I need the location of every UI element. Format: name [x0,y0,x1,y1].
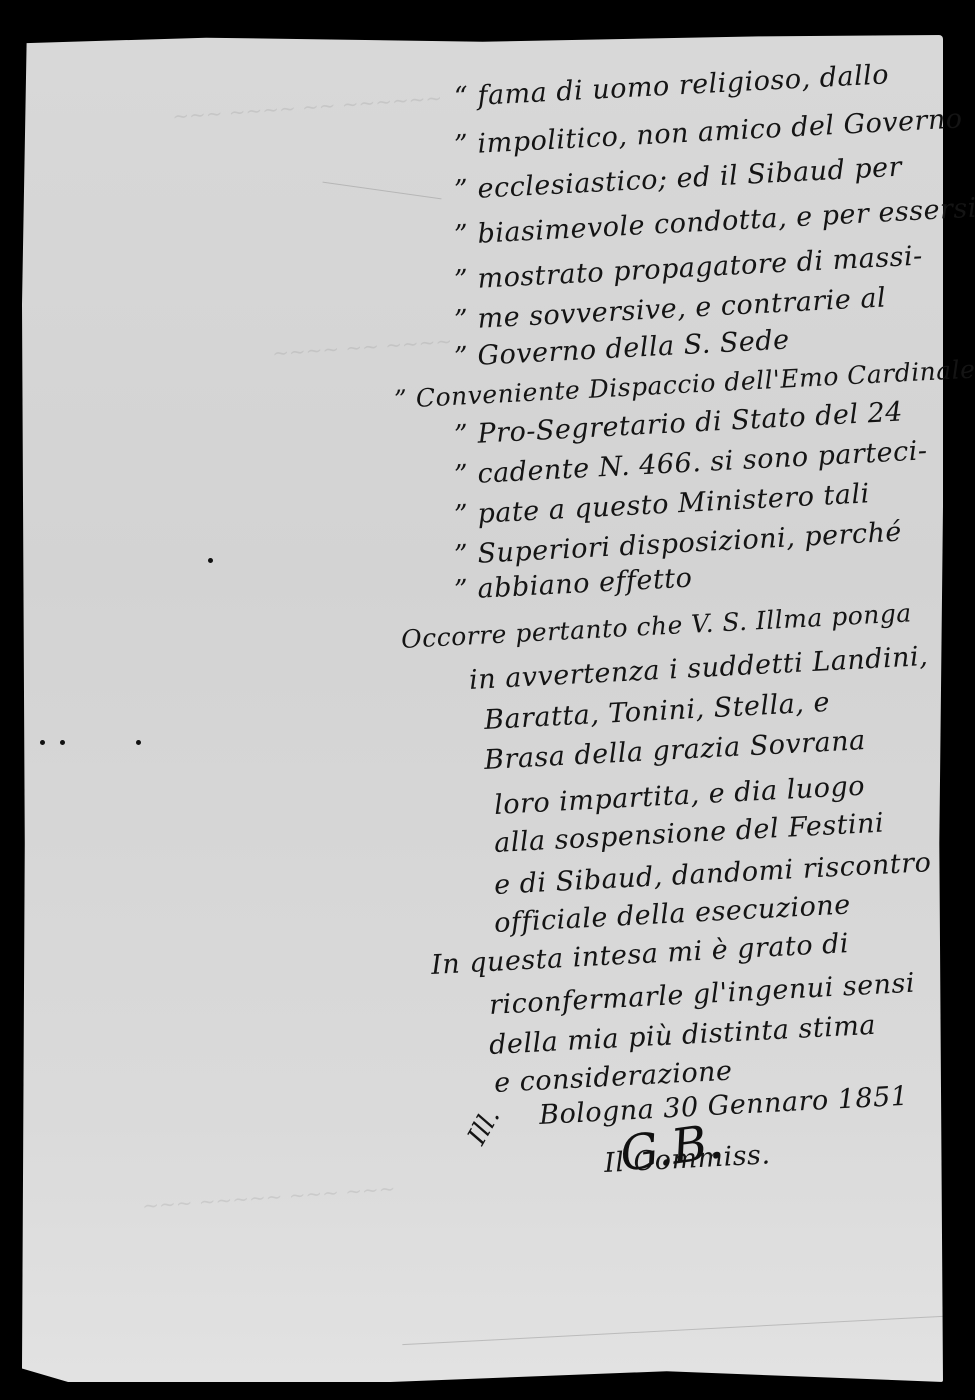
bleed-through-text: ~~~ ~~~~ ~~ ~~~~~~ [171,86,442,129]
paper-crease [402,1316,942,1345]
ink-blot [208,558,213,563]
bleed-through-text: ~~~ ~~~~~ ~~~ ~~~ [141,1176,396,1218]
ink-dot [40,740,45,745]
bleed-through-text: ~~~~ ~~ ~~~~ [271,329,453,366]
paper-crease [323,182,442,200]
ink-dot [60,740,65,745]
ink-dot [136,740,141,745]
